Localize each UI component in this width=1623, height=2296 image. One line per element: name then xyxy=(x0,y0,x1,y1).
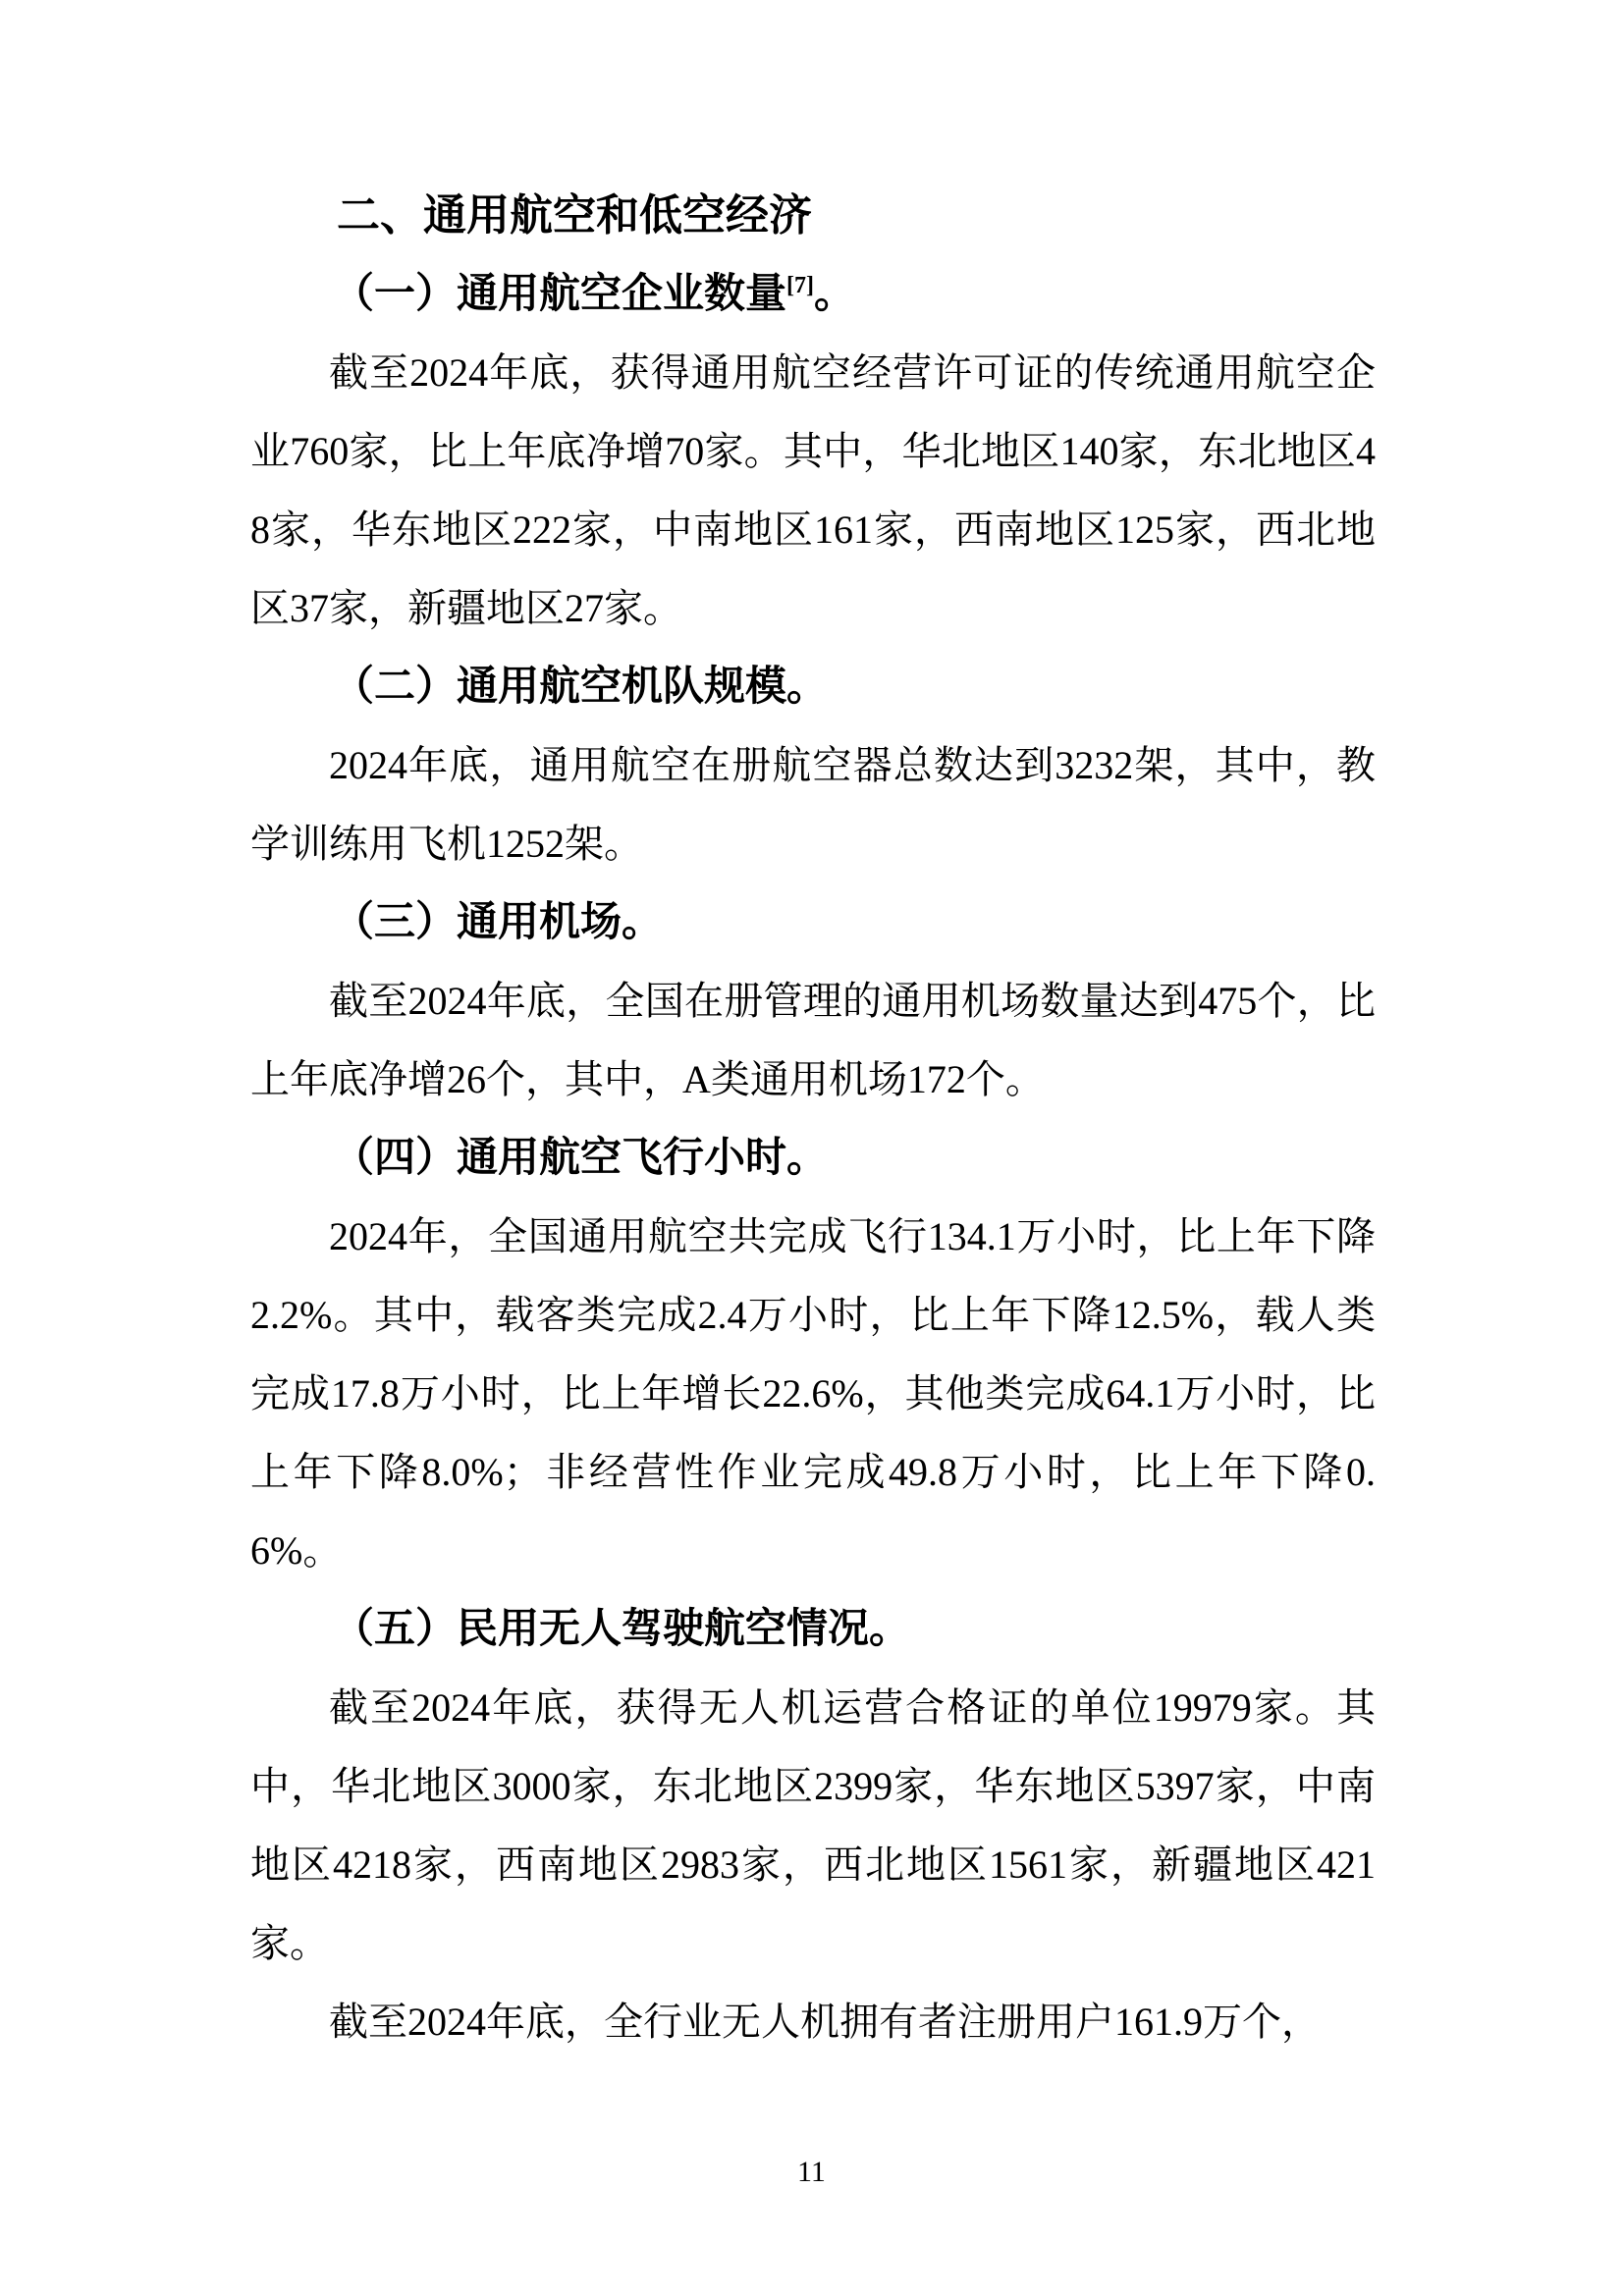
subsection-1-period: 。 xyxy=(814,272,855,317)
page-footer: 11 xyxy=(0,2156,1623,2189)
section-heading: 二、通用航空和低空经济 xyxy=(250,177,1376,255)
footnote-reference-7: [7] xyxy=(786,273,814,298)
subsection-heading-4: （四）通用航空飞行小时。 xyxy=(250,1119,1376,1198)
subsection-heading-3: （三）通用机场。 xyxy=(250,883,1376,962)
paragraph-uav-registered-users: 截至2024年底，全行业无人机拥有者注册用户161.9万个， xyxy=(250,1983,1376,2061)
paragraph-ga-fleet-size: 2024年底，通用航空在册航空器总数达到3232架，其中，教学训练用飞机1252… xyxy=(250,726,1376,883)
paragraph-ga-company-count: 截至2024年底，获得通用航空经营许可证的传统通用航空企业760家，比上年底净增… xyxy=(250,334,1376,648)
page-number: 11 xyxy=(797,2156,826,2188)
subsection-1-title: （一）通用航空企业数量 xyxy=(333,272,786,317)
document-page: 二、通用航空和低空经济 （一）通用航空企业数量[7]。 截至2024年底，获得通… xyxy=(0,0,1623,2296)
document-body: 二、通用航空和低空经济 （一）通用航空企业数量[7]。 截至2024年底，获得通… xyxy=(250,177,1376,2061)
paragraph-ga-airports: 截至2024年底，全国在册管理的通用机场数量达到475个，比上年底净增26个，其… xyxy=(250,962,1376,1119)
subsection-heading-1: （一）通用航空企业数量[7]。 xyxy=(250,255,1376,334)
paragraph-ga-flight-hours: 2024年，全国通用航空共完成飞行134.1万小时，比上年下降2.2%。其中，载… xyxy=(250,1198,1376,1590)
paragraph-uav-operators: 截至2024年底，获得无人机运营合格证的单位19979家。其中，华北地区3000… xyxy=(250,1669,1376,1983)
subsection-heading-5: （五）民用无人驾驶航空情况。 xyxy=(250,1590,1376,1669)
subsection-heading-2: （二）通用航空机队规模。 xyxy=(250,648,1376,726)
